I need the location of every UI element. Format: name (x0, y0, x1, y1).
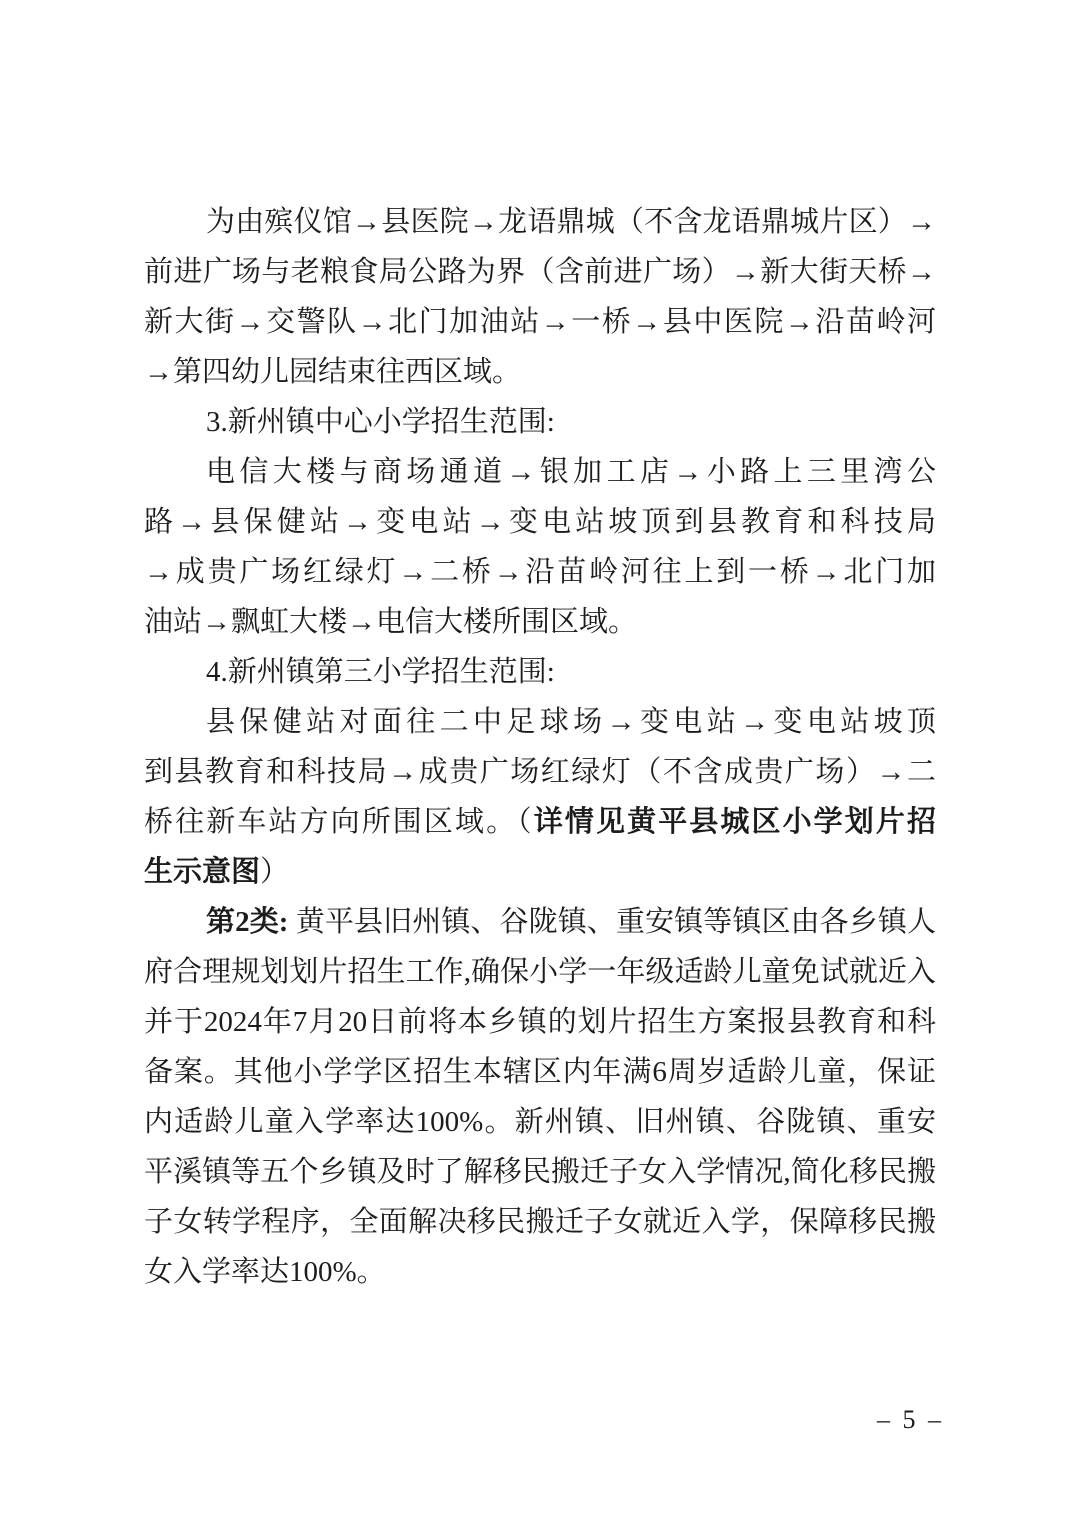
text-line: 到县教育和科技局→成贵广场红绿灯（不含成贵广场）→二 (144, 747, 936, 797)
text-line: 为由殡仪馆→县医院→龙语鼎城（不含龙语鼎城片区）→ (144, 197, 936, 247)
text-line: 电信大楼与商场通道→银加工店→小路上三里湾公 (144, 447, 936, 497)
text-line: 平溪镇等五个乡镇及时了解移民搬迁子女入学情况,简化移民搬迁 (144, 1147, 936, 1197)
text-segment: 子女转学程序，全面解决移民搬迁子女就近入学，保障移民搬迁子 (144, 1206, 936, 1247)
text-line: 油站→飘虹大楼→电信大楼所围区域。 (144, 597, 936, 647)
text-line: 内适龄儿童入学率达100%。新州镇、旧州镇、谷陇镇、重安镇、 (144, 1097, 936, 1147)
document-page: 为由殡仪馆→县医院→龙语鼎城（不含龙语鼎城片区）→前进广场与老粮食局公路为界（含… (0, 0, 1074, 1520)
text-line: 备案。其他小学学区招生本辖区内年满6周岁适龄儿童，保证辖区 (144, 1047, 936, 1097)
text-line: 桥往新车站方向所围区域。（详情见黄平县城区小学划片招 (144, 797, 936, 847)
text-segment: →第四幼儿园结束往西区域。 (144, 356, 521, 388)
text-line: 县保健站对面往二中足球场→变电站→变电站坡顶 (144, 697, 936, 747)
text-segment: 路→县保健站→变电站→变电站坡顶到县教育和科技局 (144, 506, 936, 538)
text-line: →第四幼儿园结束往西区域。 (144, 347, 936, 397)
text-line: 新大街→交警队→北门加油站→一桥→县中医院→沿苗岭河 (144, 297, 936, 347)
text-segment: 府合理规划划片招生工作,确保小学一年级适龄儿童免试就近入学, (144, 956, 936, 997)
text-line: 3.新州镇中心小学招生范围: (144, 397, 936, 447)
page-number: – 5 – (144, 1405, 944, 1435)
text-segment: 女入学率达100%。 (144, 1256, 386, 1288)
text-segment: 内适龄儿童入学率达100%。新州镇、旧州镇、谷陇镇、重安镇、 (144, 1106, 936, 1147)
text-segment: 新大街→交警队→北门加油站→一桥→县中医院→沿苗岭河 (144, 306, 936, 338)
text-segment: 桥往新车站方向所围区域。（ (144, 806, 534, 838)
text-segment: 平溪镇等五个乡镇及时了解移民搬迁子女入学情况,简化移民搬迁 (144, 1156, 936, 1197)
text-segment: 到县教育和科技局→成贵广场红绿灯（不含成贵广场）→二 (144, 756, 936, 788)
text-line: 府合理规划划片招生工作,确保小学一年级适龄儿童免试就近入学, (144, 947, 936, 997)
text-segment: 3.新州镇中心小学招生范围: (206, 406, 555, 438)
text-line: 第2类: 黄平县旧州镇、谷陇镇、重安镇等镇区由各乡镇人民政 (144, 897, 936, 947)
text-segment: 电信大楼与商场通道→银加工店→小路上三里湾公 (206, 456, 936, 488)
bold-text-segment: 生示意图 (144, 856, 260, 888)
text-segment: 为由殡仪馆→县医院→龙语鼎城（不含龙语鼎城片区）→ (206, 206, 936, 238)
text-line: 子女转学程序，全面解决移民搬迁子女就近入学，保障移民搬迁子 (144, 1197, 936, 1247)
text-segment: →成贵广场红绿灯→二桥→沿苗岭河往上到一桥→北门加 (144, 556, 936, 588)
text-segment: 并于2024年7月20日前将本乡镇的划片招生方案报县教育和科技局 (144, 1006, 936, 1047)
document-body: 为由殡仪馆→县医院→龙语鼎城（不含龙语鼎城片区）→前进广场与老粮食局公路为界（含… (144, 197, 936, 1297)
text-line: 4.新州镇第三小学招生范围: (144, 647, 936, 697)
text-line: 路→县保健站→变电站→变电站坡顶到县教育和科技局 (144, 497, 936, 547)
text-segment: 4.新州镇第三小学招生范围: (206, 656, 555, 688)
bold-text-segment: 第2类: (206, 906, 288, 938)
text-segment: 油站→飘虹大楼→电信大楼所围区域。 (144, 606, 637, 638)
text-segment: ） (260, 856, 289, 888)
text-line: 生示意图） (144, 847, 936, 897)
bold-text-segment: 详情见黄平县城区小学划片招 (534, 806, 936, 838)
text-line: 女入学率达100%。 (144, 1247, 936, 1297)
text-line: →成贵广场红绿灯→二桥→沿苗岭河往上到一桥→北门加 (144, 547, 936, 597)
text-segment: 县保健站对面往二中足球场→变电站→变电站坡顶 (206, 706, 936, 738)
text-segment: 备案。其他小学学区招生本辖区内年满6周岁适龄儿童，保证辖区 (144, 1056, 936, 1097)
text-line: 并于2024年7月20日前将本乡镇的划片招生方案报县教育和科技局 (144, 997, 936, 1047)
text-line: 前进广场与老粮食局公路为界（含前进广场）→新大街天桥→ (144, 247, 936, 297)
text-segment: 前进广场与老粮食局公路为界（含前进广场）→新大街天桥→ (144, 256, 936, 288)
